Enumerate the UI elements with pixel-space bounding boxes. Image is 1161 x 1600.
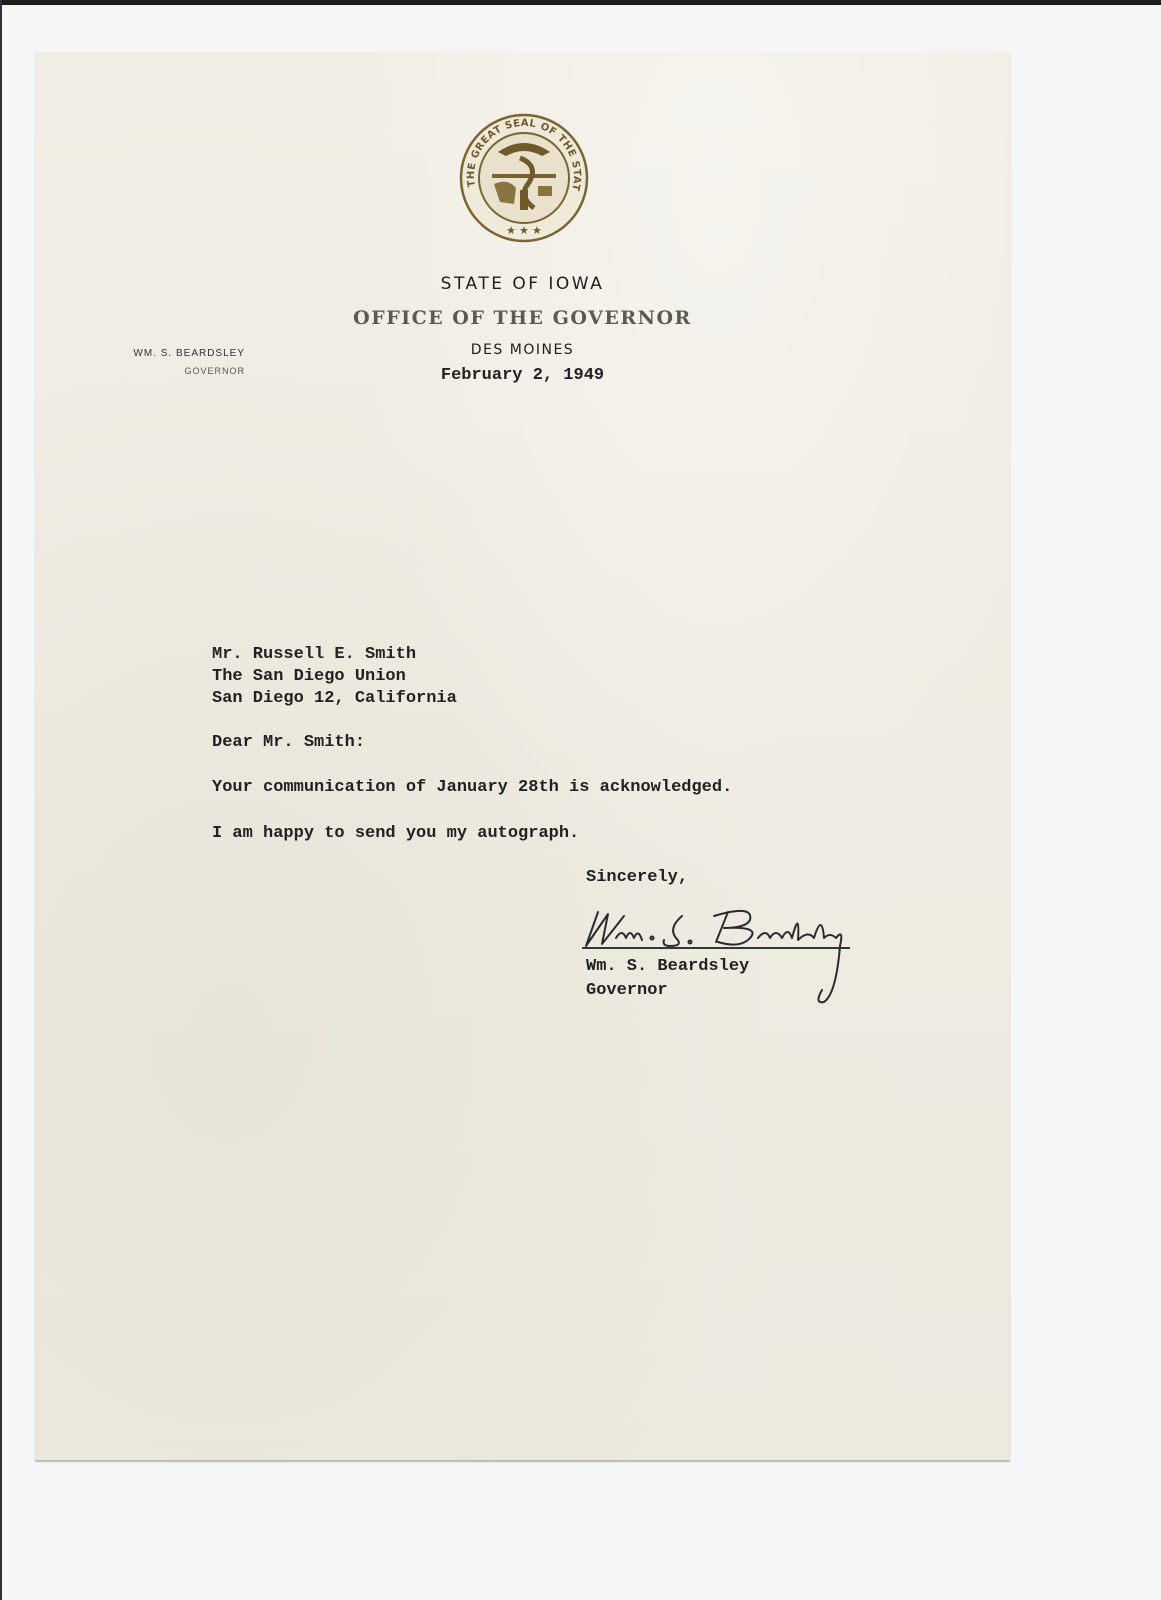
recipient-city: San Diego 12, California xyxy=(212,688,457,710)
letterhead-governor-name: WM. S. BEARDSLEY xyxy=(100,348,245,359)
letterhead-state: STATE OF IOWA xyxy=(0,274,1045,294)
closing: Sincerely, xyxy=(586,868,688,887)
scan-top-border xyxy=(0,0,1161,5)
signature-block: Wm. S. Beardsley Governor xyxy=(586,955,749,1003)
recipient-address: Mr. Russell E. Smith The San Diego Union… xyxy=(212,644,457,710)
recipient-name: Mr. Russell E. Smith xyxy=(212,644,457,666)
signer-name: Wm. S. Beardsley xyxy=(586,955,749,979)
scan-left-border xyxy=(0,0,2,1600)
body-paragraph: Your communication of January 28th is ac… xyxy=(212,778,732,797)
letterhead-office: OFFICE OF THE GOVERNOR xyxy=(0,307,1045,329)
salutation: Dear Mr. Smith: xyxy=(212,733,365,752)
recipient-organization: The San Diego Union xyxy=(212,666,457,688)
signer-title: Governor xyxy=(586,979,749,1003)
iowa-state-seal-icon: THE GREAT SEAL OF THE STATE OF IOWA ★ ★ … xyxy=(458,112,590,244)
body-paragraph: I am happy to send you my autograph. xyxy=(212,824,579,843)
svg-text:★ ★ ★: ★ ★ ★ xyxy=(506,225,542,237)
letter-page xyxy=(35,52,1010,1460)
letter-date: February 2, 1949 xyxy=(0,366,1045,385)
